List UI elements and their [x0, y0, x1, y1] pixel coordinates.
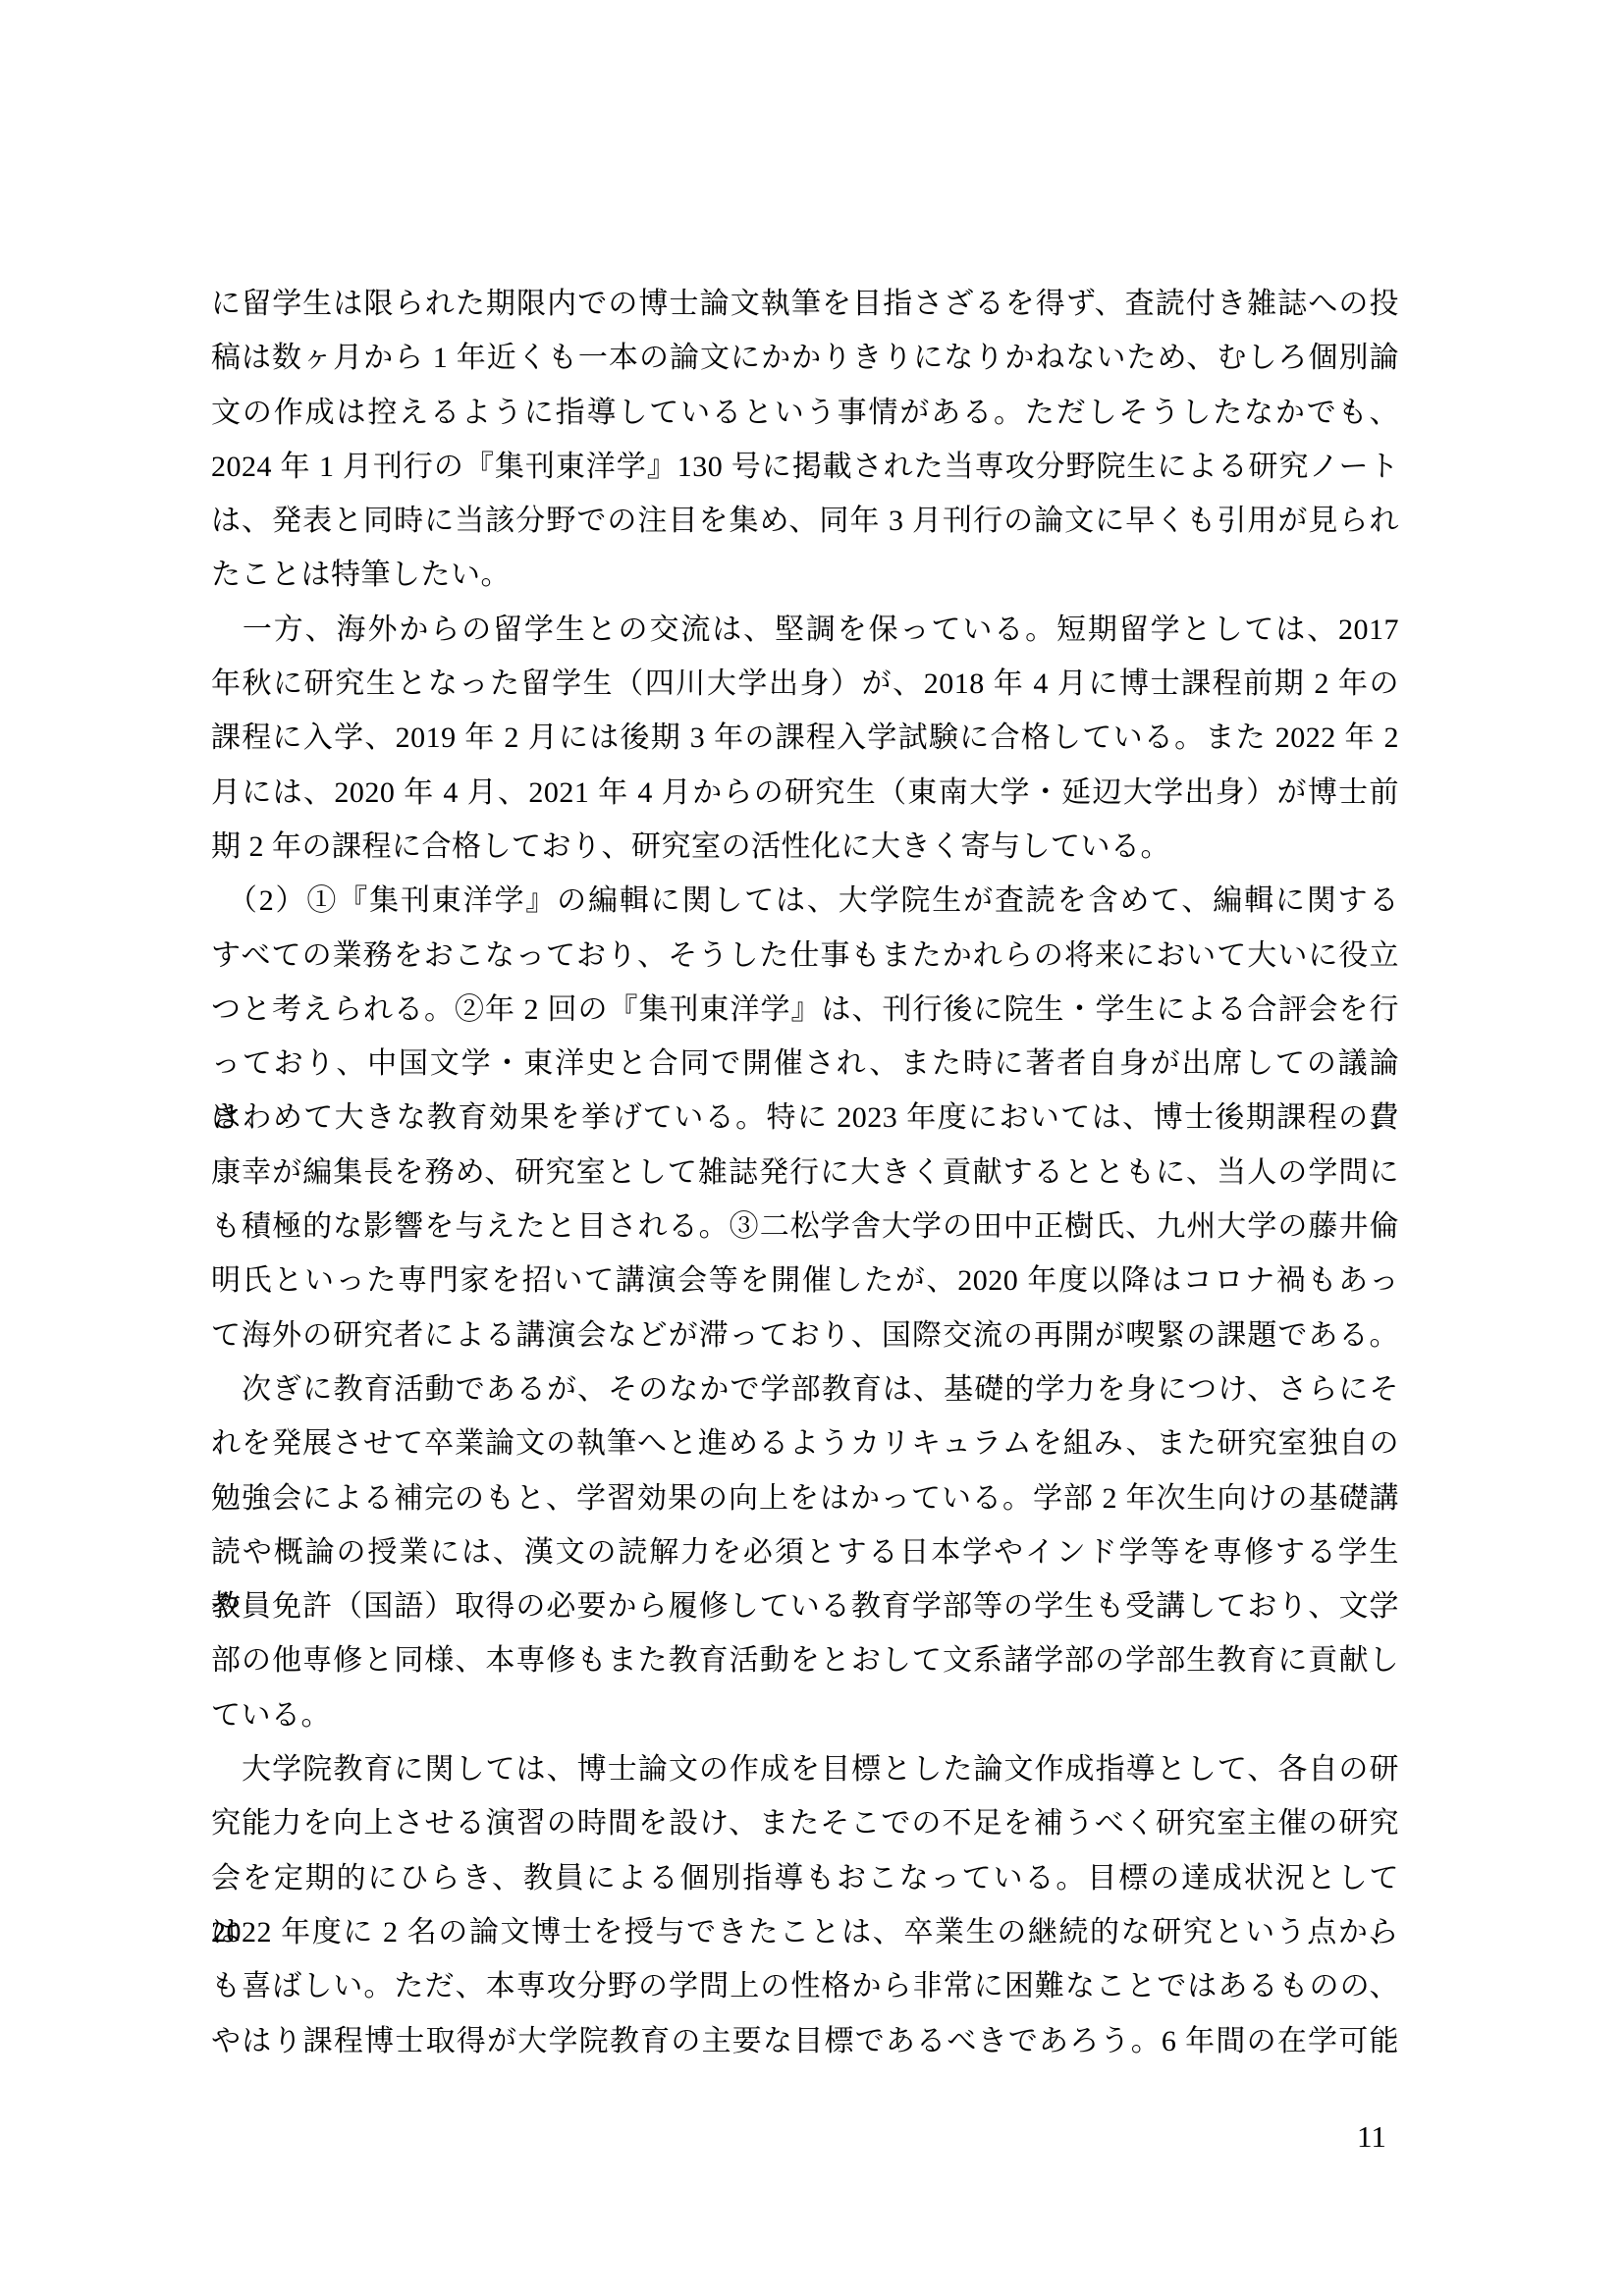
text-line: 文の作成は控えるように指導しているという事情がある。ただしそうしたなかでも、 [211, 386, 1399, 440]
text-line: 会を定期的にひらき、教員による個別指導もおこなっている。目標の達成状況としては、 [211, 1851, 1399, 1905]
text-line: 課程に入学、2019 年 2 月には後期 3 年の課程入学試験に合格している。ま… [211, 711, 1399, 765]
text-line: 稿は数ヶ月から 1 年近くも一本の論文にかかりきりになりかねないため、むしろ個別… [211, 331, 1399, 385]
text-line: っており、中国文学・東洋史と合同で開催され、また時に著者自身が出席しての議論は、 [211, 1037, 1399, 1091]
page-number: 11 [1357, 2117, 1386, 2157]
text-line: 一方、海外からの留学生との交流は、堅調を保っている。短期留学としては、2017 [211, 603, 1399, 657]
text-line: 康幸が編集長を務め、研究室として雑誌発行に大きく貢献するとともに、当人の学問に [211, 1146, 1399, 1200]
text-line: 勉強会による補完のもと、学習効果の向上をはかっている。学部 2 年次生向けの基礎… [211, 1471, 1399, 1525]
body-text: に留学生は限られた期限内での博士論文執筆を目指さざるを得ず、査読付き雑誌への投稿… [211, 277, 1399, 2068]
text-line: も喜ばしい。ただ、本専攻分野の学問上の性格から非常に困難なことではあるものの、 [211, 1959, 1399, 2013]
text-line: 2022 年度に 2 名の論文博士を授与できたことは、卒業生の継続的な研究という… [211, 1905, 1399, 1959]
text-line: 大学院教育に関しては、博士論文の作成を目標とした論文作成指導として、各自の研 [211, 1742, 1399, 1796]
text-line: すべての業務をおこなっており、そうした仕事もまたかれらの将来において大いに役立 [211, 929, 1399, 983]
text-line: 部の他専修と同様、本専修もまた教育活動をとおして文系諸学部の学部生教育に貢献し [211, 1633, 1399, 1687]
text-line: ている。 [211, 1688, 1399, 1742]
text-line: 年秋に研究生となった留学生（四川大学出身）が、2018 年 4 月に博士課程前期… [211, 657, 1399, 711]
text-line: 月には、2020 年 4 月、2021 年 4 月からの研究生（東南大学・延辺大… [211, 766, 1399, 820]
text-line: 究能力を向上させる演習の時間を設け、またそこでの不足を補うべく研究室主催の研究 [211, 1796, 1399, 1850]
text-line: れを発展させて卒業論文の執筆へと進めるようカリキュラムを組み、また研究室独自の [211, 1416, 1399, 1470]
text-line: に留学生は限られた期限内での博士論文執筆を目指さざるを得ず、査読付き雑誌への投 [211, 277, 1399, 331]
text-line: 読や概論の授業には、漢文の読解力を必須とする日本学やインド学等を専修する学生や、 [211, 1525, 1399, 1579]
text-line: 次ぎに教育活動であるが、そのなかで学部教育は、基礎的学力を身につけ、さらにそ [211, 1362, 1399, 1416]
text-line: つと考えられる。②年 2 回の『集刊東洋学』は、刊行後に院生・学生による合評会を… [211, 983, 1399, 1037]
text-line: 2024 年 1 月刊行の『集刊東洋学』130 号に掲載された当専攻分野院生によ… [211, 440, 1399, 494]
text-line: 期 2 年の課程に合格しており、研究室の活性化に大きく寄与している。 [211, 820, 1399, 874]
text-line: やはり課程博士取得が大学院教育の主要な目標であるべきであろう。6 年間の在学可能 [211, 2014, 1399, 2068]
text-line: は、発表と同時に当該分野での注目を集め、同年 3 月刊行の論文に早くも引用が見ら… [211, 494, 1399, 548]
text-line: て海外の研究者による講演会などが滞っており、国際交流の再開が喫緊の課題である。 [211, 1308, 1399, 1362]
document-page: に留学生は限られた期限内での博士論文執筆を目指さざるを得ず、査読付き雑誌への投稿… [0, 0, 1624, 2296]
text-line: 教員免許（国語）取得の必要から履修している教育学部等の学生も受講しており、文学 [211, 1579, 1399, 1633]
text-line: 明氏といった専門家を招いて講演会等を開催したが、2020 年度以降はコロナ禍もあ… [211, 1254, 1399, 1308]
text-line: （2）①『集刊東洋学』の編輯に関しては、大学院生が査読を含めて、編輯に関する [211, 874, 1399, 928]
text-line: たことは特筆したい。 [211, 548, 1399, 602]
text-line: きわめて大きな教育効果を挙げている。特に 2023 年度においては、博士後期課程… [211, 1091, 1399, 1145]
text-line: も積極的な影響を与えたと目される。③二松学舎大学の田中正樹氏、九州大学の藤井倫 [211, 1200, 1399, 1254]
